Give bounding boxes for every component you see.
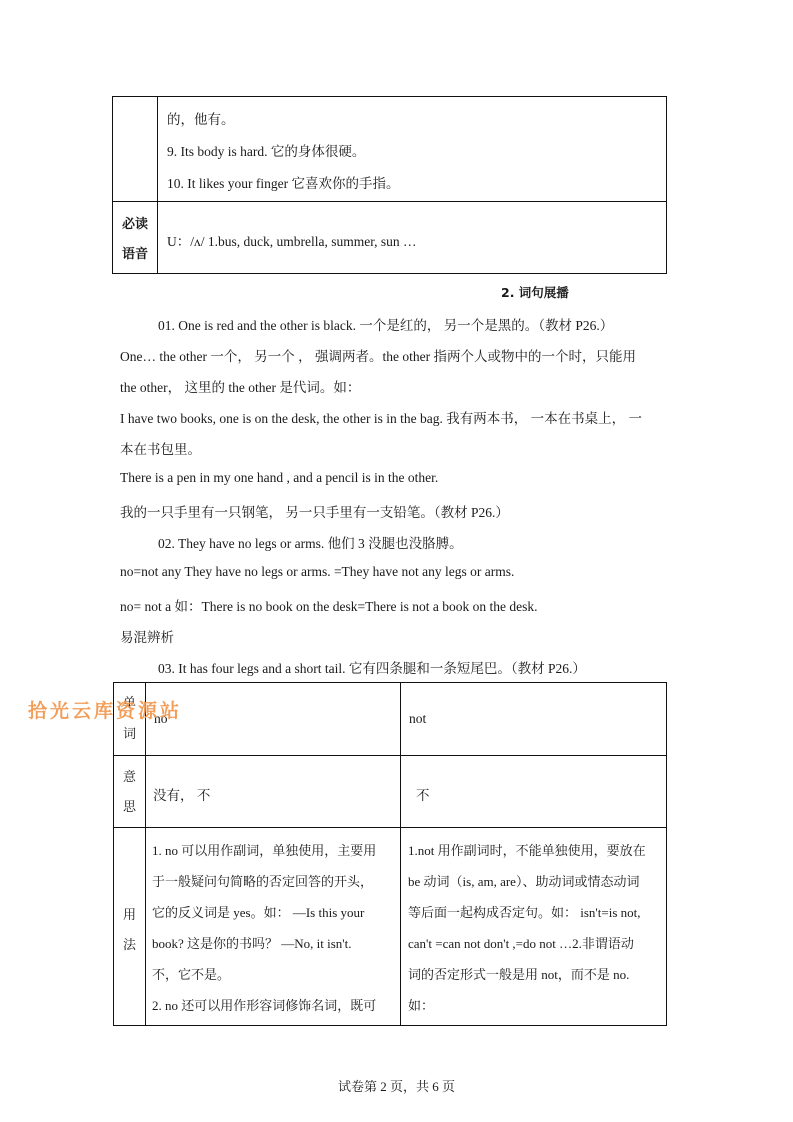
body-line: 03. It has four legs and a short tail. 它…	[158, 657, 586, 677]
body-line: 我的一只手里有一只钢笔， 另一只手里有一支铅笔。（教材 P26.）	[120, 501, 509, 521]
no-vs-not-table: 单 词 no not 意 思 没有， 不 不 用 法 1. no 可以用作副词，…	[113, 682, 667, 1026]
row-label-usage: 法	[114, 932, 145, 958]
cell-no-usage-line: 它的反义词是 yes。如： —Is this your	[152, 897, 364, 928]
cell-not-usage-line: 词的否定形式一般是用 not，而不是 no.	[408, 959, 629, 990]
page-footer: 试卷第 2 页，共 6 页	[0, 1076, 793, 1095]
body-line: no=not any They have no legs or arms. =T…	[120, 564, 514, 580]
cell-no-usage-line: 1. no 可以用作副词，单独使用，主要用	[152, 835, 376, 866]
vocab-sentence-table: 的，他有。 9. Its body is hard. 它的身体很硬。 10. I…	[112, 96, 667, 274]
body-line: One… the other 一个， 另一个 ， 强调两者。the other …	[120, 345, 636, 365]
table-row-divider	[114, 755, 666, 756]
body-line: the other， 这里的 the other 是代词。如：	[120, 376, 360, 396]
body-line: 本在书包里。	[120, 438, 201, 458]
cell-not-usage-line: 等后面一起构成否定句。如： isn't=is not,	[408, 897, 641, 928]
cell-not-usage-line: 如：	[408, 990, 434, 1021]
cell-no-usage-line: 于一般疑问句简略的否定回答的开头，	[152, 866, 373, 897]
table-row-divider	[114, 827, 666, 828]
body-line: 01. One is red and the other is black. 一…	[158, 314, 613, 334]
section-title: 2. 词句展播	[501, 283, 569, 301]
pronunciation-content: U：/ʌ/ 1.bus, duck, umbrella, summer, sun…	[167, 230, 417, 250]
cell-not-meaning: 不	[416, 784, 430, 804]
cell-not-usage-line: can't =can not don't ,=do not …2.非谓语动	[408, 928, 634, 959]
cell-not-usage-line: 1.not 用作副词时，不能单独使用，要放在	[408, 835, 646, 866]
body-line: I have two books, one is on the desk, th…	[120, 407, 642, 427]
row-label-meaning: 思	[114, 794, 145, 820]
table-row-divider	[113, 201, 666, 202]
row-label-meaning: 意	[114, 764, 145, 790]
watermark: 拾光云库资源站	[28, 696, 182, 723]
body-line: no= not a 如：There is no book on the desk…	[120, 595, 538, 615]
row-label-usage: 用	[114, 902, 145, 928]
cell-no-usage-line: 不，它不是。	[152, 959, 230, 990]
cell-no-meaning: 没有， 不	[153, 784, 210, 804]
cell-not-usage-line: be 动词（is, am, are）、助动词或情态动词	[408, 866, 639, 897]
subheading-confusion: 易混辨析	[120, 626, 174, 646]
row-label-pronunciation: 必读	[113, 213, 157, 232]
table-column-divider	[157, 97, 158, 273]
table-column-divider	[400, 683, 401, 1025]
table-text-line: 的，他有。	[167, 108, 235, 128]
body-line: There is a pen in my one hand , and a pe…	[120, 470, 438, 486]
table-text-line: 9. Its body is hard. 它的身体很硬。	[167, 140, 365, 160]
cell-no-usage-line: 2. no 还可以用作形容词修饰名词，既可	[152, 990, 376, 1021]
cell-no-usage-line: book? 这是你的书吗？ —No, it isn't.	[152, 928, 352, 959]
table-column-divider	[145, 683, 146, 1025]
cell-not-word: not	[409, 711, 426, 727]
table-text-line: 10. It likes your finger 它喜欢你的手指。	[167, 172, 399, 192]
row-label-pronunciation: 语音	[113, 243, 157, 262]
body-line: 02. They have no legs or arms. 他们 3 没腿也没…	[158, 532, 463, 552]
